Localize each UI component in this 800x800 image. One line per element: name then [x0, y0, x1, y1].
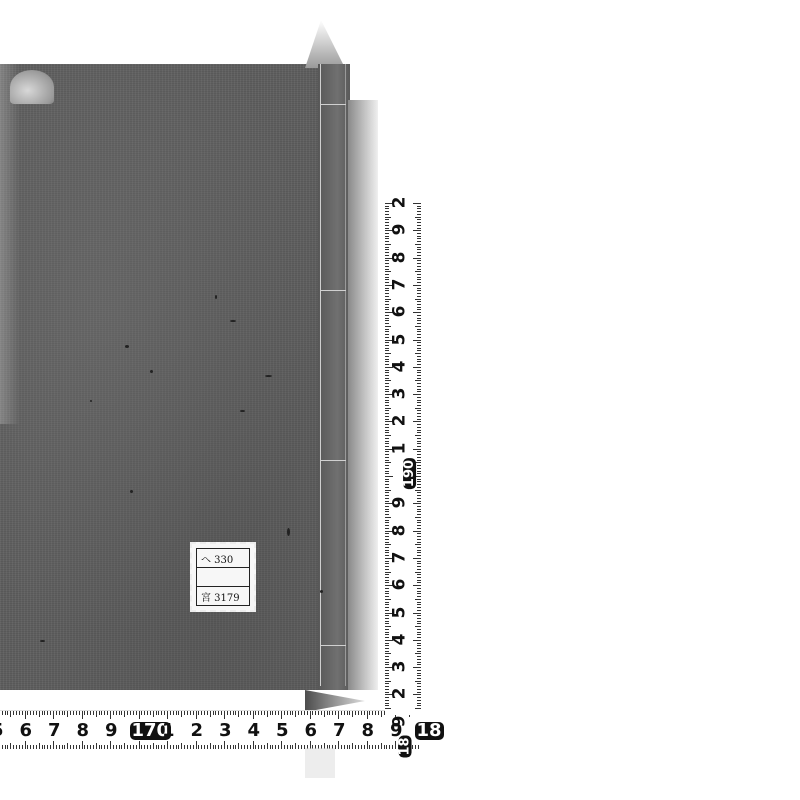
- horizontal-ruler: 5678917012345678918: [0, 710, 420, 749]
- scuff-mark: [150, 370, 153, 373]
- binding-stitch: [320, 104, 346, 105]
- scuff-mark: [40, 640, 45, 642]
- ruler-number: 18: [399, 735, 412, 757]
- ruler-number: 3: [391, 661, 408, 673]
- ruler-number: 3: [219, 722, 232, 740]
- scuff-mark: [130, 490, 133, 493]
- ruler-number: 7: [391, 551, 408, 563]
- ruler-number: 6: [391, 306, 408, 318]
- scuff-mark: [230, 320, 236, 322]
- ruler-number: 6: [391, 579, 408, 591]
- binding-edge: [345, 64, 346, 686]
- ruler-number: 3: [391, 388, 408, 400]
- ruler-number: 2: [391, 688, 408, 700]
- cover-worn-notch: [10, 70, 54, 104]
- scuff-mark: [90, 400, 92, 402]
- ruler-number: 4: [391, 633, 408, 645]
- label-accession: 宮 3179: [197, 587, 249, 605]
- ruler-number: 5: [276, 722, 289, 740]
- scuff-mark: [215, 295, 217, 299]
- ruler-number: 8: [362, 722, 375, 740]
- bottom-corner-shadow: [305, 690, 365, 712]
- ruler-number: 2: [191, 722, 204, 740]
- ruler-number: 9: [391, 497, 408, 509]
- ruler-number: 9: [391, 224, 408, 236]
- ruler-number: 6: [20, 722, 33, 740]
- ruler-number: 7: [333, 722, 346, 740]
- scuff-mark: [265, 375, 272, 377]
- page-edge: [348, 100, 378, 690]
- vertical-ruler: 298765432119098765432918: [385, 195, 421, 715]
- ruler-number: 5: [391, 333, 408, 345]
- ruler-number: 8: [77, 722, 90, 740]
- scuff-mark: [320, 590, 323, 593]
- binding-stitch: [320, 460, 346, 461]
- ruler-number: 6: [305, 722, 318, 740]
- ruler-number: 8: [391, 524, 408, 536]
- ruler-number: 2: [391, 197, 408, 209]
- scuff-mark: [125, 345, 129, 348]
- ruler-number: 5: [0, 722, 4, 740]
- ruler-number: 190: [403, 458, 416, 489]
- ruler-number: 1: [162, 722, 175, 740]
- ruler-number: 2: [391, 415, 408, 427]
- scuff-mark: [240, 410, 245, 412]
- ruler-number: 4: [391, 360, 408, 372]
- scuff-mark: [287, 528, 290, 536]
- ruler-number: 18: [415, 722, 444, 740]
- library-label: へ 330 宮 3179: [190, 542, 256, 612]
- ruler-number: 9: [391, 715, 408, 727]
- scan-artifact: [305, 748, 335, 778]
- top-corner-shadow: [305, 20, 345, 68]
- book-cover: [0, 64, 350, 690]
- ruler-number: 8: [391, 251, 408, 263]
- ruler-number: 9: [105, 722, 118, 740]
- ruler-number: 7: [48, 722, 61, 740]
- binding-stitch: [320, 645, 346, 646]
- label-blank: [197, 568, 249, 587]
- cover-light-streak: [0, 64, 20, 424]
- label-classification: へ 330: [197, 549, 249, 568]
- ruler-number: 5: [391, 606, 408, 618]
- ruler-number: 7: [391, 278, 408, 290]
- binding-stitch: [320, 290, 346, 291]
- ruler-number: 4: [248, 722, 261, 740]
- ruler-number: 1: [391, 442, 408, 454]
